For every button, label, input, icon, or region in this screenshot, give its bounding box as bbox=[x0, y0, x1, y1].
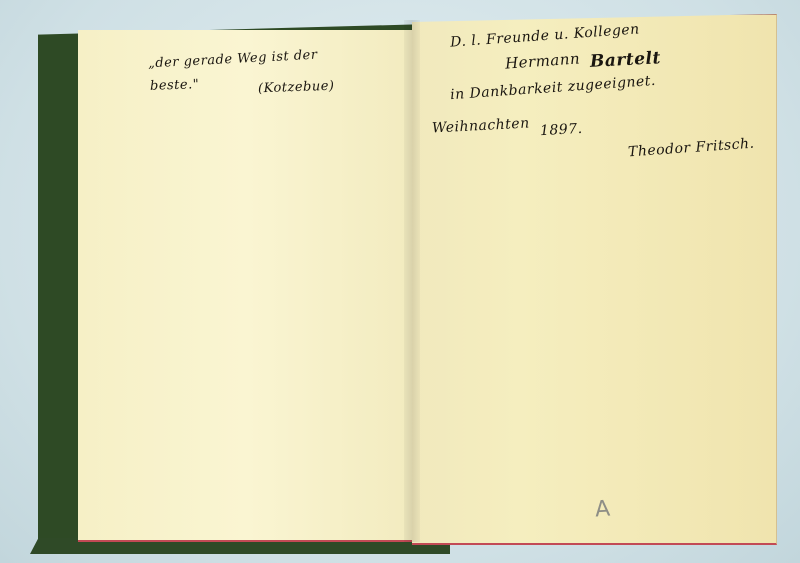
left-endpaper bbox=[78, 30, 416, 542]
left-inscription-line2: beste." bbox=[150, 77, 200, 94]
dedication-year: 1897. bbox=[540, 121, 583, 139]
left-inscription-attribution: (Kotzebue) bbox=[258, 79, 335, 97]
dedication-last-name: Bartelt bbox=[590, 48, 662, 72]
pencil-mark: A bbox=[594, 497, 611, 523]
book-gutter bbox=[404, 20, 420, 542]
